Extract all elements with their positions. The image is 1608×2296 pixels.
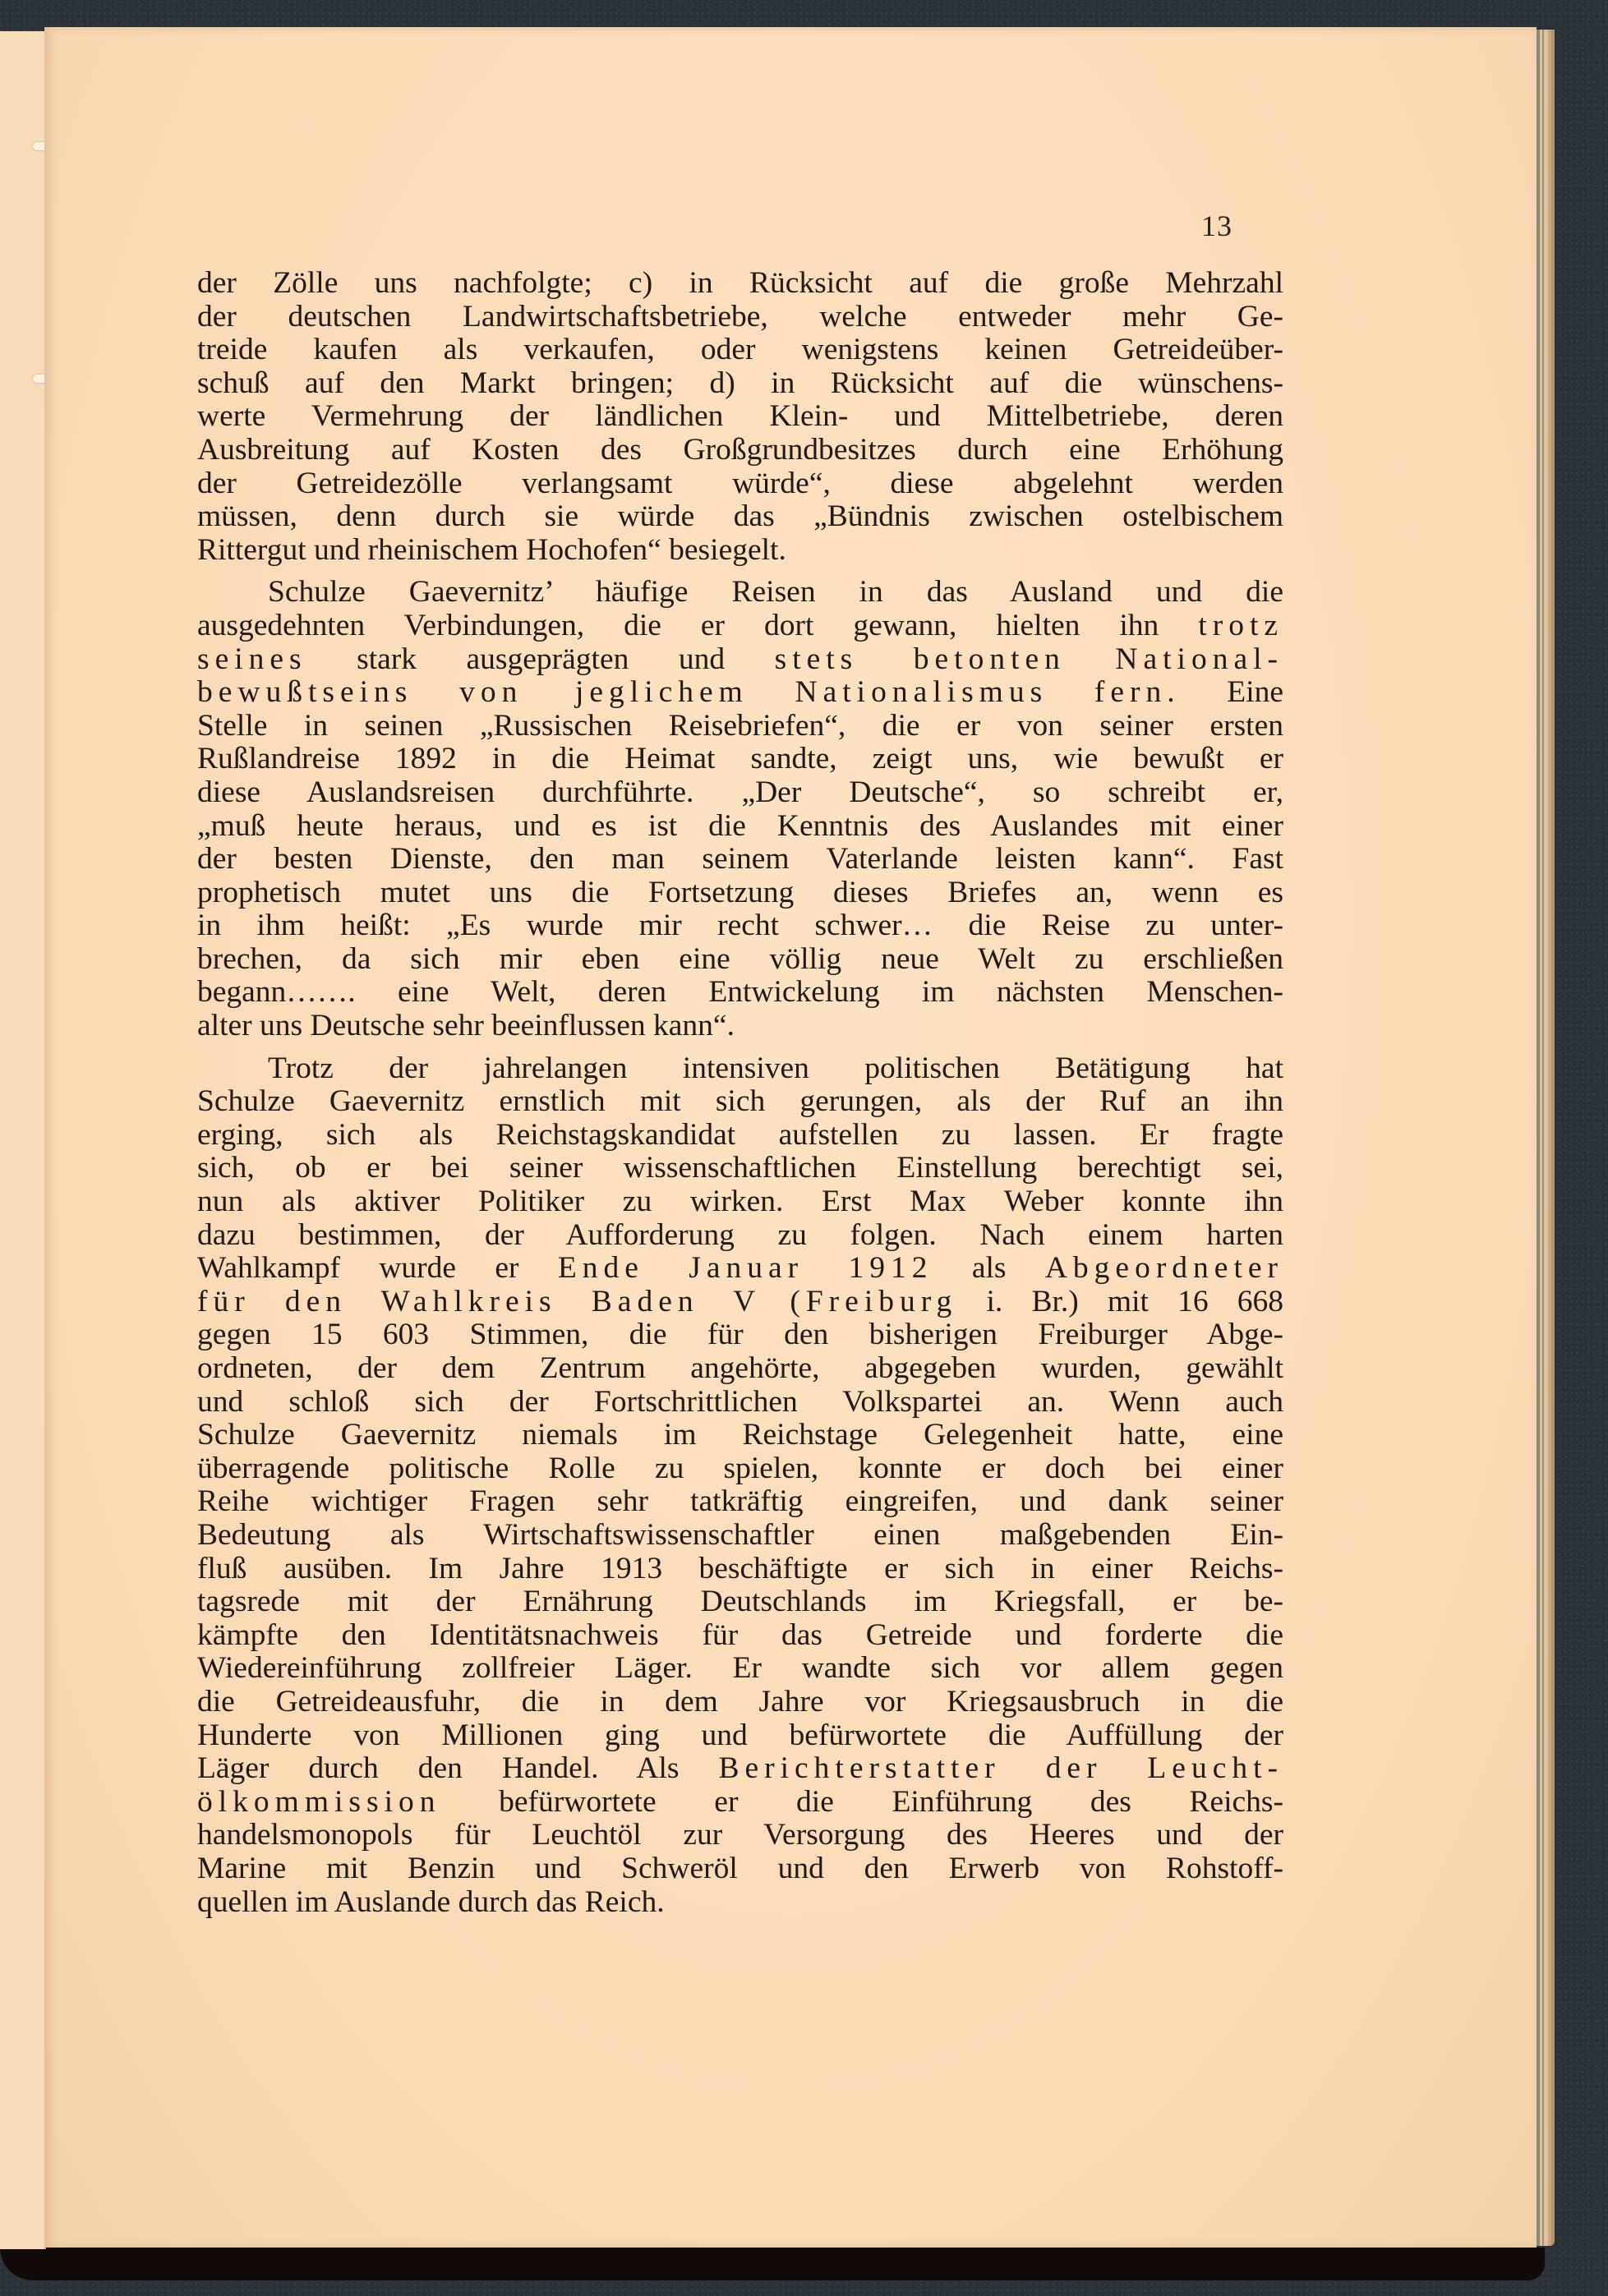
text-line: Schulze Gaevernitz niemals im Reichstage… (197, 1419, 1283, 1452)
text-line: werte Vermehrung der ländlichen Klein- u… (197, 400, 1283, 434)
text-line: Wiedereinführung zollfreier Läger. Er wa… (197, 1652, 1283, 1686)
text-line: erging, sich als Reichstagskandidat aufs… (197, 1119, 1283, 1153)
text-line: gegen 15 603 Stimmen, die für den bisher… (197, 1318, 1283, 1352)
text-line: alter uns Deutsche sehr beeinflussen kan… (197, 1010, 1283, 1043)
emphasis-spaced: stets betonten (775, 642, 1066, 676)
text-line: Schulze Gaevernitz’ häufige Reisen in da… (197, 576, 1283, 610)
text-line: Ausbreitung auf Kosten des Großgrundbesi… (197, 434, 1283, 467)
text-line: begann……. eine Welt, deren Entwickelung … (197, 976, 1283, 1010)
text-line: der Getreidezölle verlangsamt würde“, di… (197, 467, 1283, 501)
emphasis-spaced: von jeglichem (459, 675, 749, 709)
book-shadow (0, 2248, 1545, 2280)
paragraph-3: Trotz der jahrelangen intensiven politis… (197, 1052, 1283, 1919)
emphasis-spaced: Berichterstatter der Leucht- (718, 1751, 1283, 1785)
emphasis-spaced: National- (1115, 642, 1283, 676)
text-line: der Zölle uns nachfolgte; c) in Rücksich… (197, 267, 1283, 301)
text-line: ausgedehnten Verbindungen, die er dort g… (197, 610, 1283, 643)
emphasis-spaced: trotz (1198, 609, 1283, 642)
text-line: Reihe wichtiger Fragen sehr tatkräftig e… (197, 1485, 1283, 1519)
paragraph-2: Schulze Gaevernitz’ häufige Reisen in da… (197, 576, 1283, 1042)
text-line: treide kaufen als verkaufen, oder wenigs… (197, 334, 1283, 367)
text-line: brechen, da sich mir eben eine völlig ne… (197, 943, 1283, 977)
emphasis-spaced: für den Wahlkreis Baden V (197, 1285, 761, 1318)
text-line: Trotz der jahrelangen intensiven politis… (197, 1052, 1283, 1086)
text-line: die Getreideausfuhr, die in dem Jahre vo… (197, 1686, 1283, 1719)
text-line: kämpfte den Identitätsnachweis für das G… (197, 1619, 1283, 1653)
text-line: überragende politische Rolle zu spielen,… (197, 1452, 1283, 1486)
text-line: Bedeutung als Wirtschaftswissenschaftler… (197, 1519, 1283, 1553)
text-line: schuß auf den Markt bringen; d) in Rücks… (197, 367, 1283, 401)
body-text: der Zölle uns nachfolgte; c) in Rücksich… (197, 267, 1283, 1919)
paragraph-1: der Zölle uns nachfolgte; c) in Rücksich… (197, 267, 1283, 567)
facing-page-edge (0, 31, 46, 2249)
text-line: der besten Dienste, den man seinem Vater… (197, 843, 1283, 877)
text-line: in ihm heißt: „Es wurde mir recht schwer… (197, 909, 1283, 943)
text-line: handelsmonopols für Leuchtöl zur Versorg… (197, 1819, 1283, 1852)
text-line: ordneten, der dem Zentrum angehörte, abg… (197, 1352, 1283, 1386)
text-line: Läger durch den Handel. Als Berichtersta… (197, 1752, 1283, 1786)
emphasis-spaced: (Freiburg (790, 1285, 957, 1318)
emphasis-spaced: Abgeordneter (1045, 1251, 1283, 1285)
text-line: ölkommission befürwortete er die Einführ… (197, 1786, 1283, 1820)
emphasis-spaced: seines (197, 642, 307, 676)
text-line: und schloß sich der Fortschrittlichen Vo… (197, 1386, 1283, 1419)
text-line: seines stark ausgeprägten und stets beto… (197, 643, 1283, 677)
text-line: müssen, denn durch sie würde das „Bündni… (197, 500, 1283, 534)
text-line: Stelle in seinen „Russischen Reisebriefe… (197, 710, 1283, 743)
text-line: Marine mit Benzin und Schweröl und den E… (197, 1852, 1283, 1886)
text-line: Rittergut und rheinischem Hochofen“ besi… (197, 534, 1283, 568)
page-stack-edges (1537, 30, 1555, 2246)
text-line: dazu bestimmen, der Aufforderung zu folg… (197, 1219, 1283, 1253)
text-line: bewußtseins von jeglichem Nationalismus … (197, 676, 1283, 710)
text-line: Rußlandreise 1892 in die Heimat sandte, … (197, 743, 1283, 776)
text-line: fluß ausüben. Im Jahre 1913 beschäftigte… (197, 1553, 1283, 1586)
emphasis-spaced: bewußtseins (197, 675, 412, 709)
text-line: tagsrede mit der Ernährung Deutschlands … (197, 1585, 1283, 1619)
text-line: Schulze Gaevernitz ernstlich mit sich ge… (197, 1085, 1283, 1119)
text-line: „muß heute heraus, und es ist die Kenntn… (197, 810, 1283, 844)
emphasis-spaced: ölkommission (197, 1785, 441, 1819)
text-line: prophetisch mutet uns die Fortsetzung di… (197, 877, 1283, 910)
emphasis-spaced: Nationalismus (795, 675, 1048, 709)
emphasis-spaced: fern. (1094, 675, 1181, 709)
text-line: für den Wahlkreis Baden V (Freiburg i. B… (197, 1286, 1283, 1319)
text-line: nun als aktiver Politiker zu wirken. Ers… (197, 1185, 1283, 1219)
emphasis-spaced: Ende Januar 1912 (558, 1251, 933, 1285)
text-line: diese Auslandsreisen durchführte. „Der D… (197, 776, 1283, 810)
text-line: sich, ob er bei seiner wissenschaftliche… (197, 1152, 1283, 1185)
text-line: Wahlkampf wurde er Ende Januar 1912 als … (197, 1252, 1283, 1286)
text-line: Hunderte von Millionen ging und befürwor… (197, 1719, 1283, 1753)
text-line: der deutschen Landwirtschaftsbetriebe, w… (197, 301, 1283, 334)
text-line: quellen im Auslande durch das Reich. (197, 1886, 1283, 1920)
page-number: 13 (1201, 209, 1232, 243)
